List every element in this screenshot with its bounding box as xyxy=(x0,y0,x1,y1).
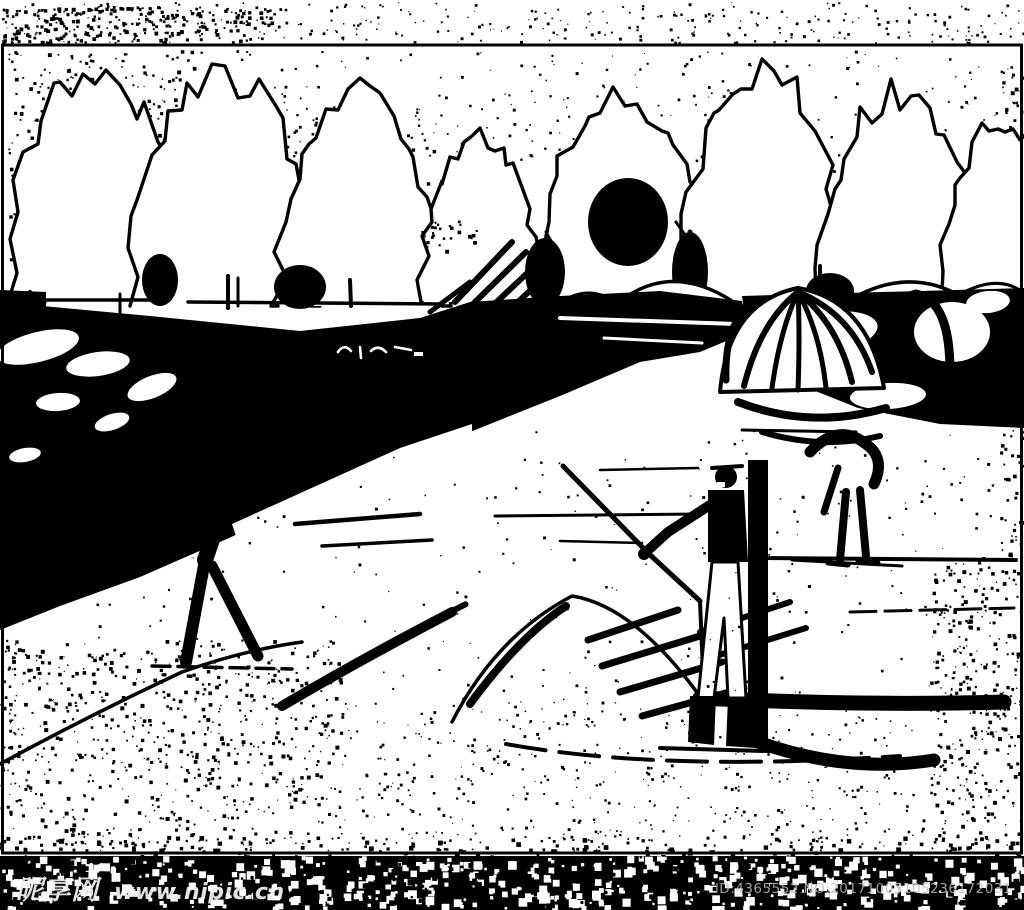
illustration-artwork xyxy=(0,2,1024,860)
watermark-site-text: 昵享网 www.nipic.cn xyxy=(16,875,285,906)
stock-image-preview: 昵享网 www.nipic.cn ID:4365552 NO:201710031… xyxy=(0,0,1024,910)
watermark-site-url: www.nipic.cn xyxy=(114,880,285,905)
watermark-site-name: 昵享网 xyxy=(16,875,103,906)
woodcut-rural-illustration: 昵享网 www.nipic.cn ID:4365552 NO:201710031… xyxy=(0,0,1024,910)
watermark-bar: 昵享网 www.nipic.cn ID:4365552 NO:201710031… xyxy=(0,856,1024,910)
watermark-id-text: ID:4365552 NO:20171003105236172031 xyxy=(715,881,1012,897)
